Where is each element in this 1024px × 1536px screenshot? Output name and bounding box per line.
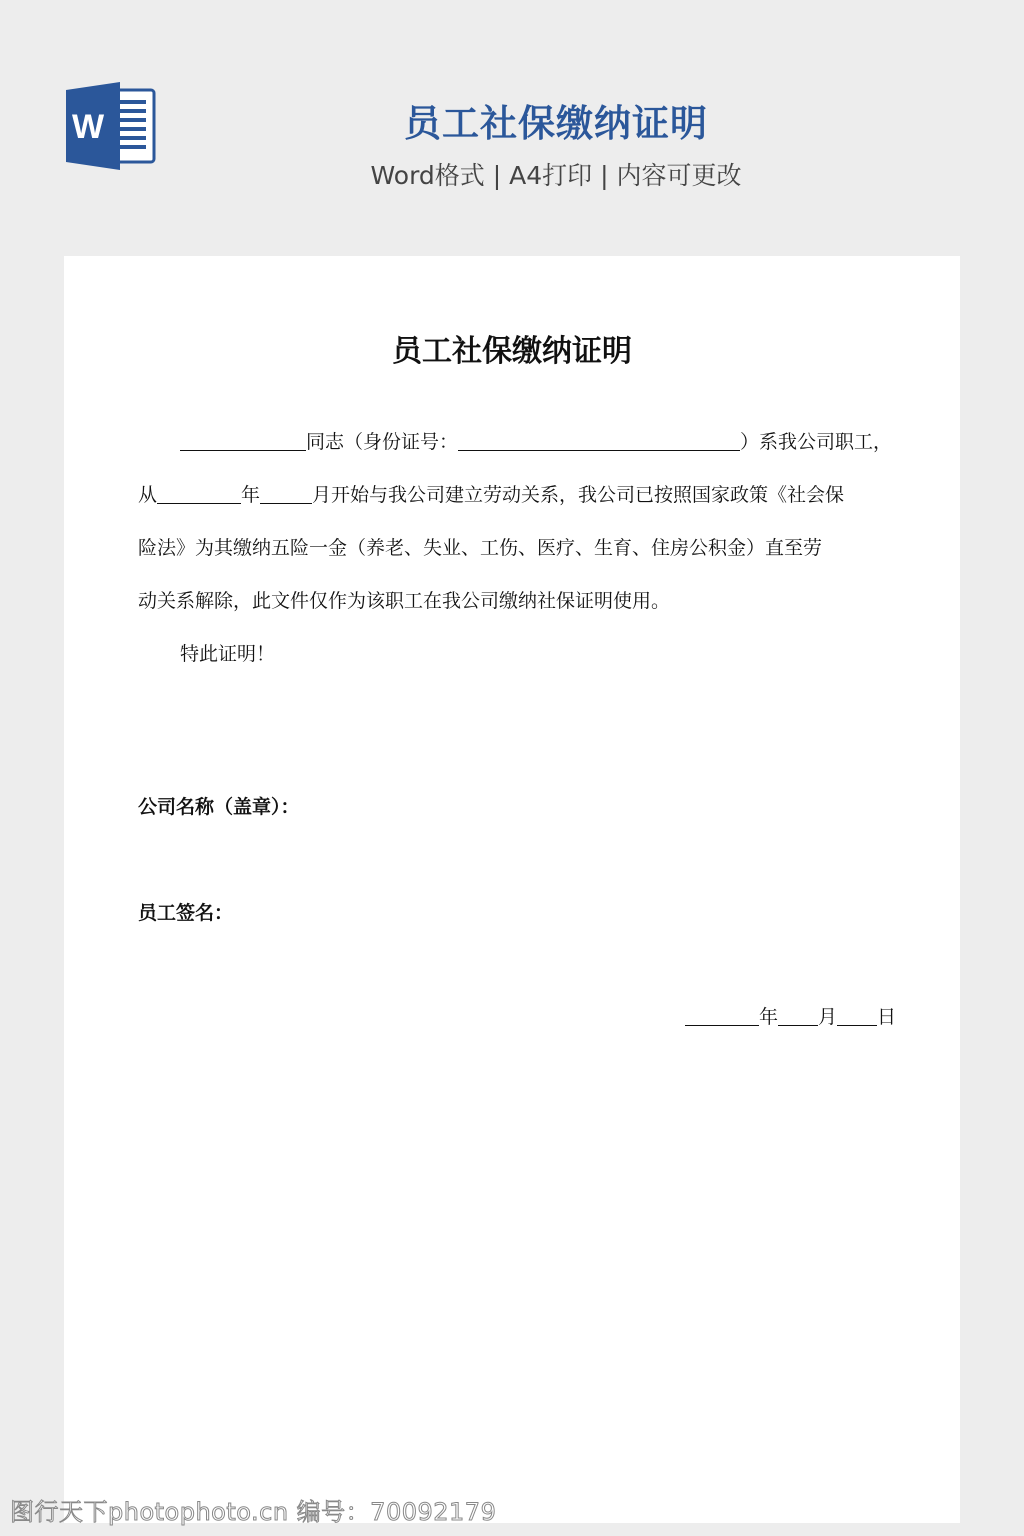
closing-text: 特此证明！ [180,643,275,665]
svg-text:W: W [72,108,105,146]
name-blank[interactable] [180,428,306,451]
word-icon: W [64,82,156,170]
date-line: 年月日 [685,1002,896,1029]
date-day-blank[interactable] [837,1003,877,1026]
header-title: 员工社保缴纳证明 [300,93,812,147]
date-year-blank[interactable] [685,1003,759,1026]
company-seal-label: 公司名称（盖章）： [138,792,300,819]
paragraph-line: 动关系解除，此文件仅作为该职工在我公司缴纳社保证明使用。 [138,575,898,628]
text-segment: 从 [138,484,157,506]
document-page: 员工社保缴纳证明 同志（身份证号：）系我公司职工， 从年月开始与我公司建立劳动关… [64,256,960,1523]
paragraph-line: 险法》为其缴纳五险一金（养老、失业、工伤、医疗、生育、住房公积金）直至劳 [138,522,898,575]
watermark: 图行天下photophoto.cn 编号：70092179 [10,1492,496,1527]
text-segment: 月开始与我公司建立劳动关系，我公司已按照国家政策《社会保 [312,484,844,506]
document-title: 员工社保缴纳证明 [64,326,960,370]
employee-signature-label: 员工签名： [138,898,233,925]
paragraph-line: 从年月开始与我公司建立劳动关系，我公司已按照国家政策《社会保 [138,469,898,522]
text-segment: 年 [241,484,260,506]
id-number-blank[interactable] [458,428,740,451]
month-label: 月 [818,1006,837,1028]
year-blank[interactable] [157,481,241,504]
text-segment: 同志（身份证号： [306,431,458,453]
year-label: 年 [759,1006,778,1028]
date-month-blank[interactable] [778,1003,818,1026]
header-subtitle: Word格式 | A4打印 | 内容可更改 [300,156,812,192]
text-segment: ）系我公司职工， [740,431,892,453]
document-body: 同志（身份证号：）系我公司职工， 从年月开始与我公司建立劳动关系，我公司已按照国… [138,416,898,681]
day-label: 日 [877,1006,896,1028]
closing-line: 特此证明！ [138,628,898,681]
month-blank[interactable] [260,481,312,504]
paragraph-line: 同志（身份证号：）系我公司职工， [138,416,898,469]
